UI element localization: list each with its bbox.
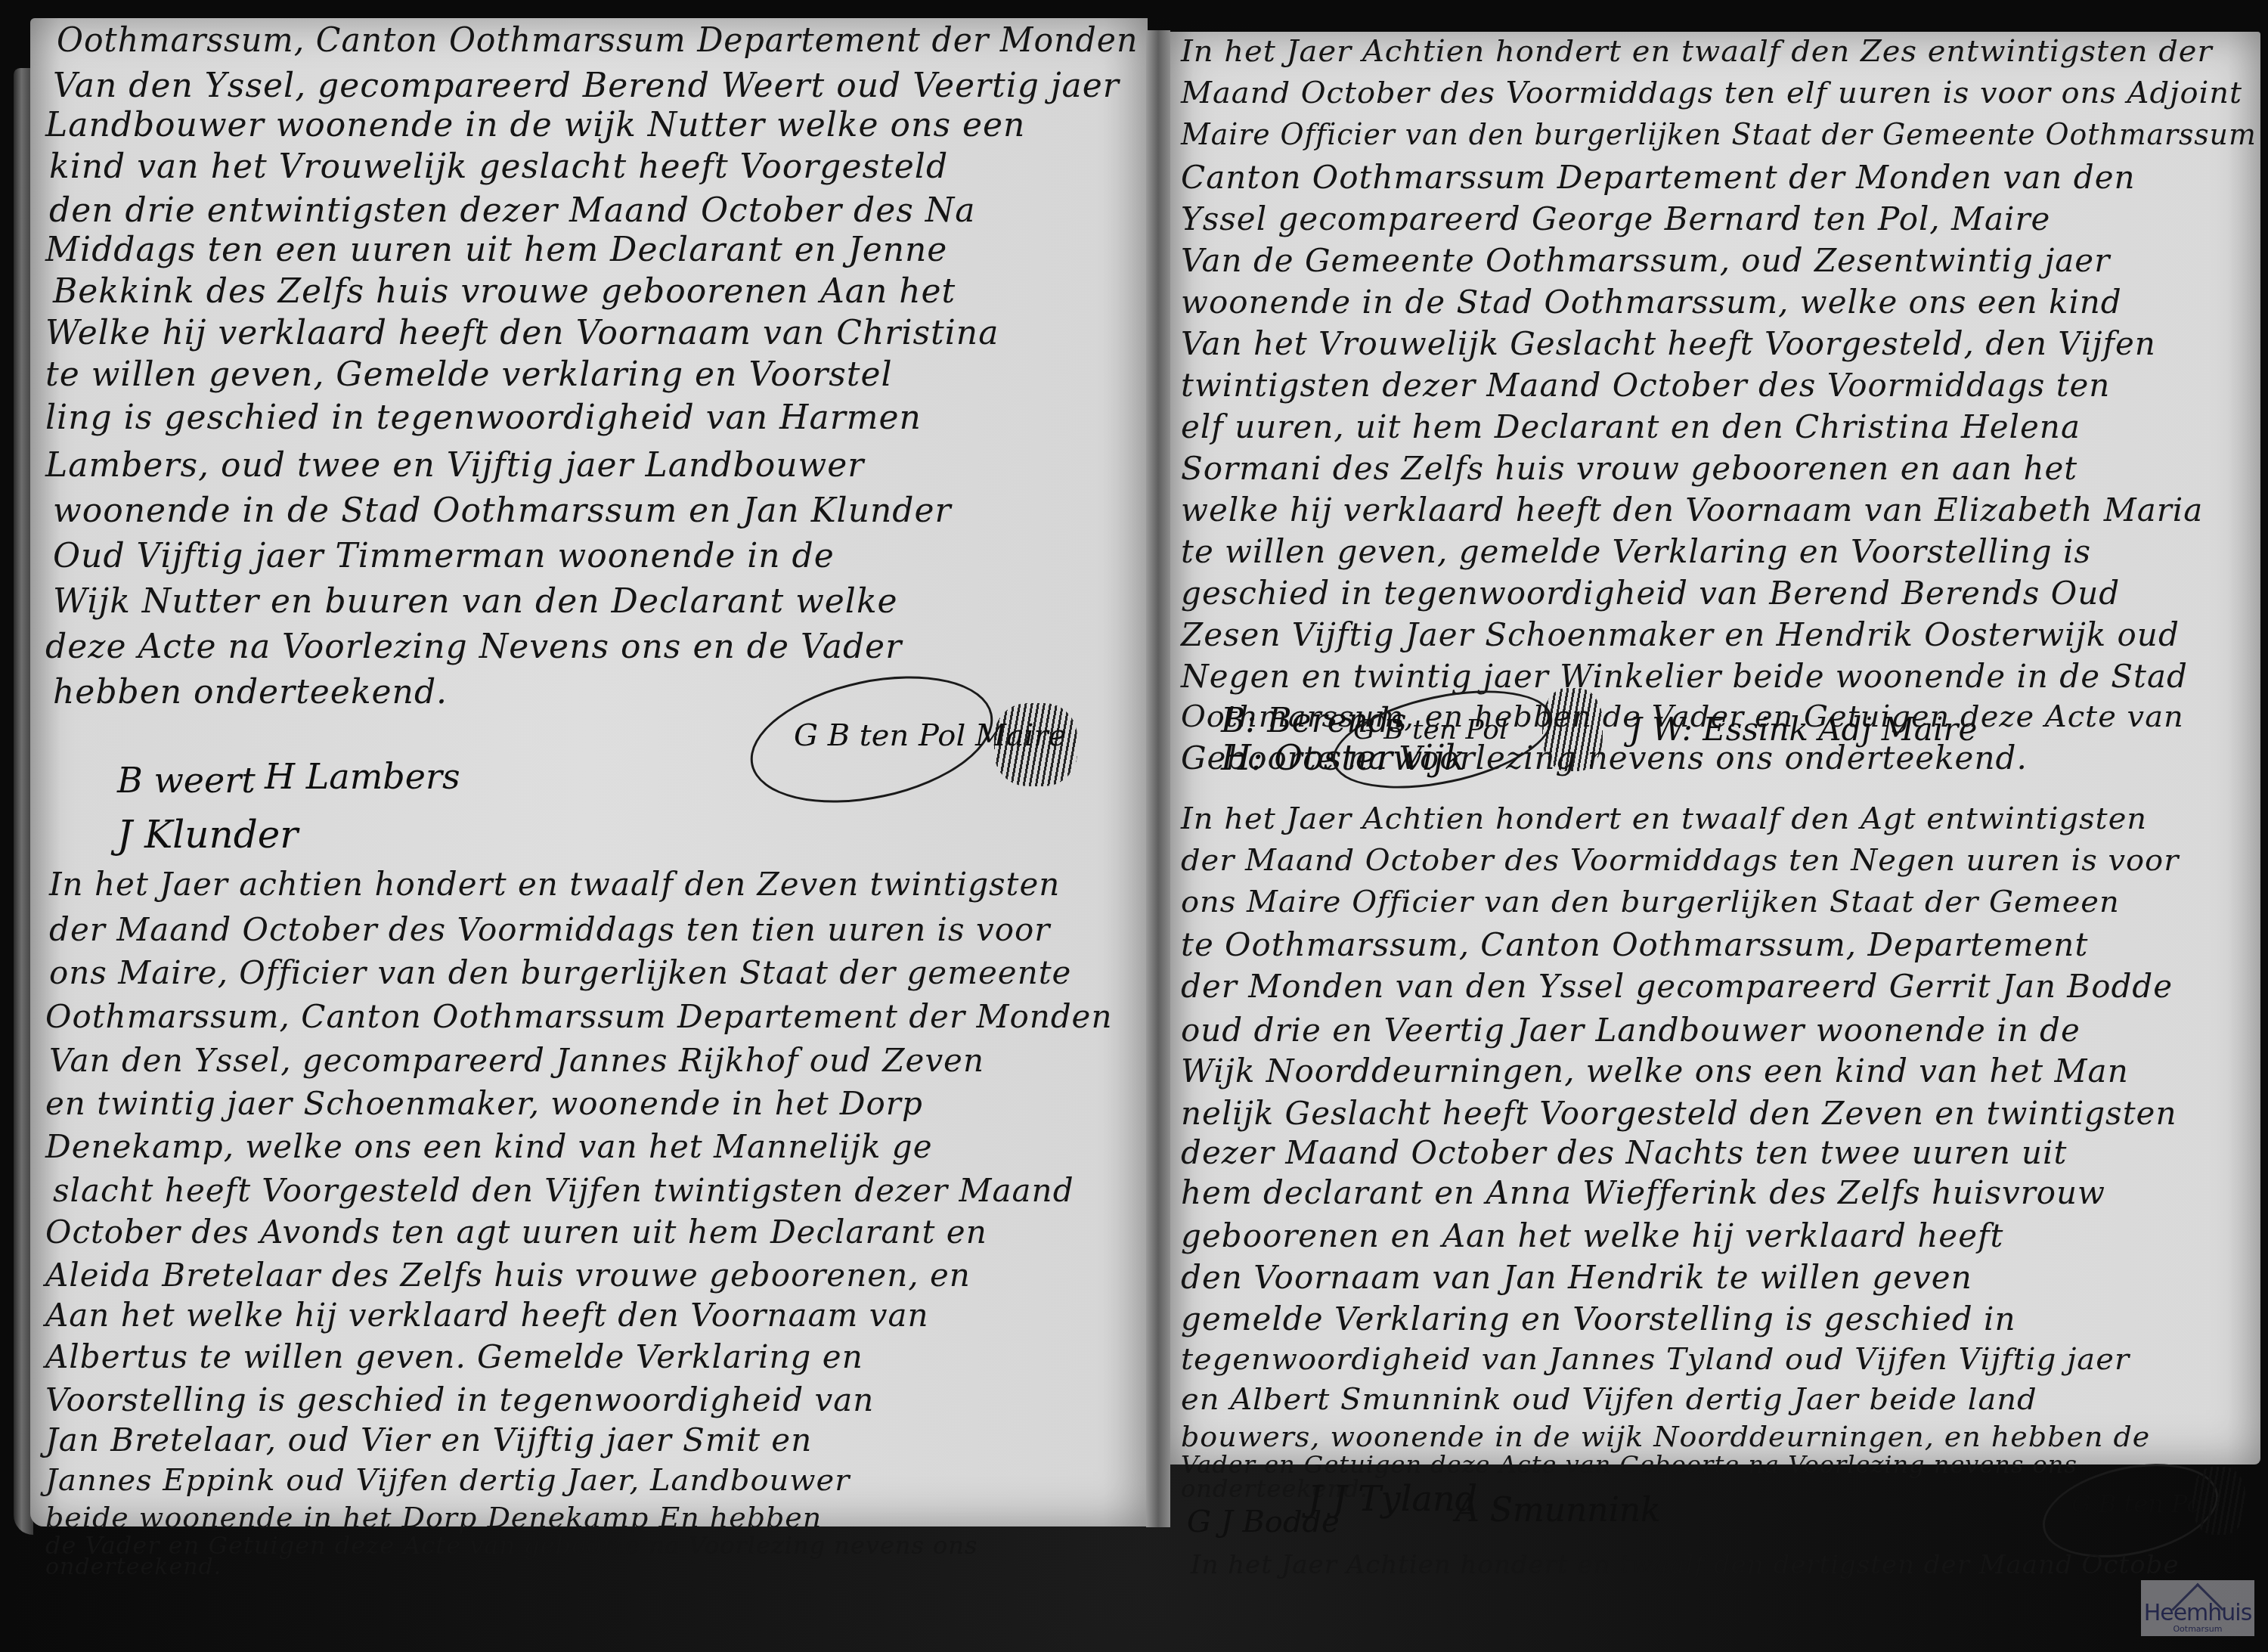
text-line: Voorstelling is geschied in tegenwoordig…: [45, 1381, 874, 1418]
text-line: nelijk Geslacht heeft Voorgesteld den Ze…: [1181, 1095, 2177, 1132]
signature: J Klunder: [117, 813, 298, 857]
text-line: Wijk Nutter en buuren van den Declarant …: [53, 582, 898, 621]
signature: J W: Essink Adj Maire: [1629, 711, 1977, 748]
text-line: Van de Gemeente Oothmarssum, oud Zesentw…: [1181, 242, 2110, 279]
text-line: deze Acte na Voorlezing Nevens ons en de…: [45, 628, 902, 666]
text-line: ons Maire, Officier van den burgerlijken…: [49, 954, 1071, 991]
text-line: In het Jaer achtien hondert en twaalf de…: [49, 866, 1060, 903]
text-line: Sormani des Zelfs huis vrouw geboorenen …: [1181, 450, 2077, 487]
text-line: Maire Officier van den burgerlijken Staa…: [1181, 117, 2257, 152]
text-line: bouwers, woonende in de wijk Noorddeurni…: [1181, 1420, 2150, 1453]
text-line: Middags ten een uuren uit hem Declarant …: [45, 231, 947, 269]
text-line: Oothmarssum, Canton Oothmarssum Departem…: [57, 21, 1138, 60]
text-line: woonende in de Stad Oothmarssum en Jan K…: [53, 491, 952, 530]
text-line: den drie entwintigsten dezer Maand Octob…: [49, 191, 976, 230]
text-line: Aleida Bretelaar des Zelfs huis vrouwe g…: [45, 1257, 971, 1294]
text-line: In het Jaer Achtien hondert en twaalf de…: [1181, 34, 2213, 69]
heemhuis-watermark: Heemhuis Ootmarsum: [2141, 1580, 2254, 1636]
text-line: kind van het Vrouwelijk geslacht heeft V…: [49, 147, 948, 186]
signature-hatching: [994, 703, 1077, 786]
text-line: Jan Bretelaar, oud Vier en Vijftig jaer …: [45, 1421, 812, 1458]
text-line: geboorenen en Aan het welke hij verklaar…: [1181, 1217, 2003, 1254]
text-line: Jannes Eppink oud Vijfen dertig Jaer, La…: [45, 1463, 850, 1498]
text-line: Canton Oothmarssum Departement der Monde…: [1181, 159, 2136, 196]
signature: H Lambers: [265, 756, 460, 797]
text-line: Lambers, oud twee en Vijftig jaer Landbo…: [45, 446, 864, 485]
text-line: den Voornaam van Jan Hendrik te willen g…: [1181, 1259, 1972, 1296]
text-line: Negen en twintig jaer Winkelier beide wo…: [1181, 658, 2188, 695]
text-line: Van den Yssel, gecompareerd Berend Weert…: [53, 67, 1120, 105]
text-line: October des Avonds ten agt uuren uit hem…: [45, 1213, 987, 1251]
text-line: Aan het welke hij verklaard heeft den Vo…: [45, 1297, 929, 1334]
text-line: Denekamp, welke ons een kind van het Man…: [45, 1128, 932, 1165]
text-line: beide woonende in het Dorp Denekamp En h…: [45, 1501, 822, 1534]
signature: G B ten Pol: [2071, 1489, 2209, 1518]
text-line: Wijk Noorddeurningen, welke ons een kind…: [1181, 1052, 2129, 1089]
text-line: der Monden van den Yssel gecompareerd Ge…: [1181, 968, 2173, 1005]
text-line: woonende in de Stad Oothmarssum, welke o…: [1181, 284, 2122, 321]
text-line: gemelde Verklaring en Voorstelling is ge…: [1181, 1300, 2016, 1337]
text-line: Albertus te willen geven. Gemelde Verkla…: [45, 1338, 863, 1375]
text-line: der Maand October des Voormiddags ten ti…: [49, 911, 1050, 948]
text-line: Welke hij verklaard heeft den Voornaam v…: [45, 314, 999, 352]
text-line: oud drie en Veertig Jaer Landbouwer woon…: [1181, 1012, 2081, 1049]
text-line: Oud Vijftig jaer Timmerman woonende in d…: [53, 537, 835, 575]
text-line: der Maand October des Voormiddags ten Ne…: [1181, 843, 2179, 878]
book-gutter: [1146, 30, 1170, 1527]
text-line: In het Jaer Achtien hondert en twaalf de…: [1191, 1550, 2180, 1580]
text-line: en twintig jaer Schoenmaker, woonende in…: [45, 1085, 923, 1122]
signature-hatching: [1542, 688, 1603, 771]
text-line: dezer Maand October des Nachts ten twee …: [1181, 1134, 2067, 1171]
text-line: In het Jaer Achtien hondert en twaalf de…: [1181, 801, 2147, 836]
text-line: ons Maire Officier van den burgerlijken …: [1181, 885, 2120, 919]
text-line: te Oothmarssum, Canton Oothmarssum, Depa…: [1181, 926, 2088, 963]
text-line: Yssel gecompareerd George Bernard ten Po…: [1181, 200, 2050, 237]
text-line: Landbouwer woonende in de wijk Nutter we…: [45, 106, 1025, 144]
text-line: Bekkink des Zelfs huis vrouwe geboorenen…: [53, 272, 956, 311]
signature: J J Tyland: [1308, 1478, 1477, 1519]
text-line: Oothmarssum, Canton Oothmarssum Departem…: [45, 998, 1113, 1035]
text-line: geschied in tegenwoordigheid van Berend …: [1181, 575, 2120, 612]
text-line: te willen geven, gemelde Verklaring en V…: [1181, 533, 2091, 570]
text-line: te willen geven, Gemelde verklaring en V…: [45, 355, 893, 394]
signature-hatching: [2192, 1467, 2245, 1535]
text-line: Van den Yssel, gecompareerd Jannes Rijkh…: [49, 1042, 984, 1079]
signature: G B ten Pol: [1353, 714, 1507, 745]
text-line: hem declarant en Anna Wiefferink des Zel…: [1181, 1174, 2105, 1211]
signature: B weert: [117, 760, 256, 801]
text-line: en Albert Smunnink oud Vijfen dertig Jae…: [1181, 1382, 2037, 1417]
text-line: hebben onderteekend.: [53, 673, 448, 711]
text-line: ling is geschied in tegenwoordigheid van…: [45, 398, 922, 437]
text-line: Van het Vrouwelijk Geslacht heeft Voorge…: [1181, 325, 2156, 362]
signature: A Smunnink: [1455, 1491, 1661, 1530]
text-line: elf uuren, uit hem Declarant en den Chri…: [1181, 408, 2081, 445]
text-line: Maand October des Voormiddags ten elf uu…: [1181, 76, 2242, 110]
text-line: onderteekend.: [45, 1554, 222, 1580]
text-line: twintigsten dezer Maand October des Voor…: [1181, 367, 2110, 404]
text-line: tegenwoordigheid van Jannes Tyland oud V…: [1181, 1342, 2130, 1377]
text-line: Zesen Vijftig Jaer Schoenmaker en Hendri…: [1181, 616, 2180, 653]
text-line: slacht heeft Voorgesteld den Vijfen twin…: [53, 1172, 1074, 1209]
text-line: welke hij verklaard heeft den Voornaam v…: [1181, 491, 2203, 528]
